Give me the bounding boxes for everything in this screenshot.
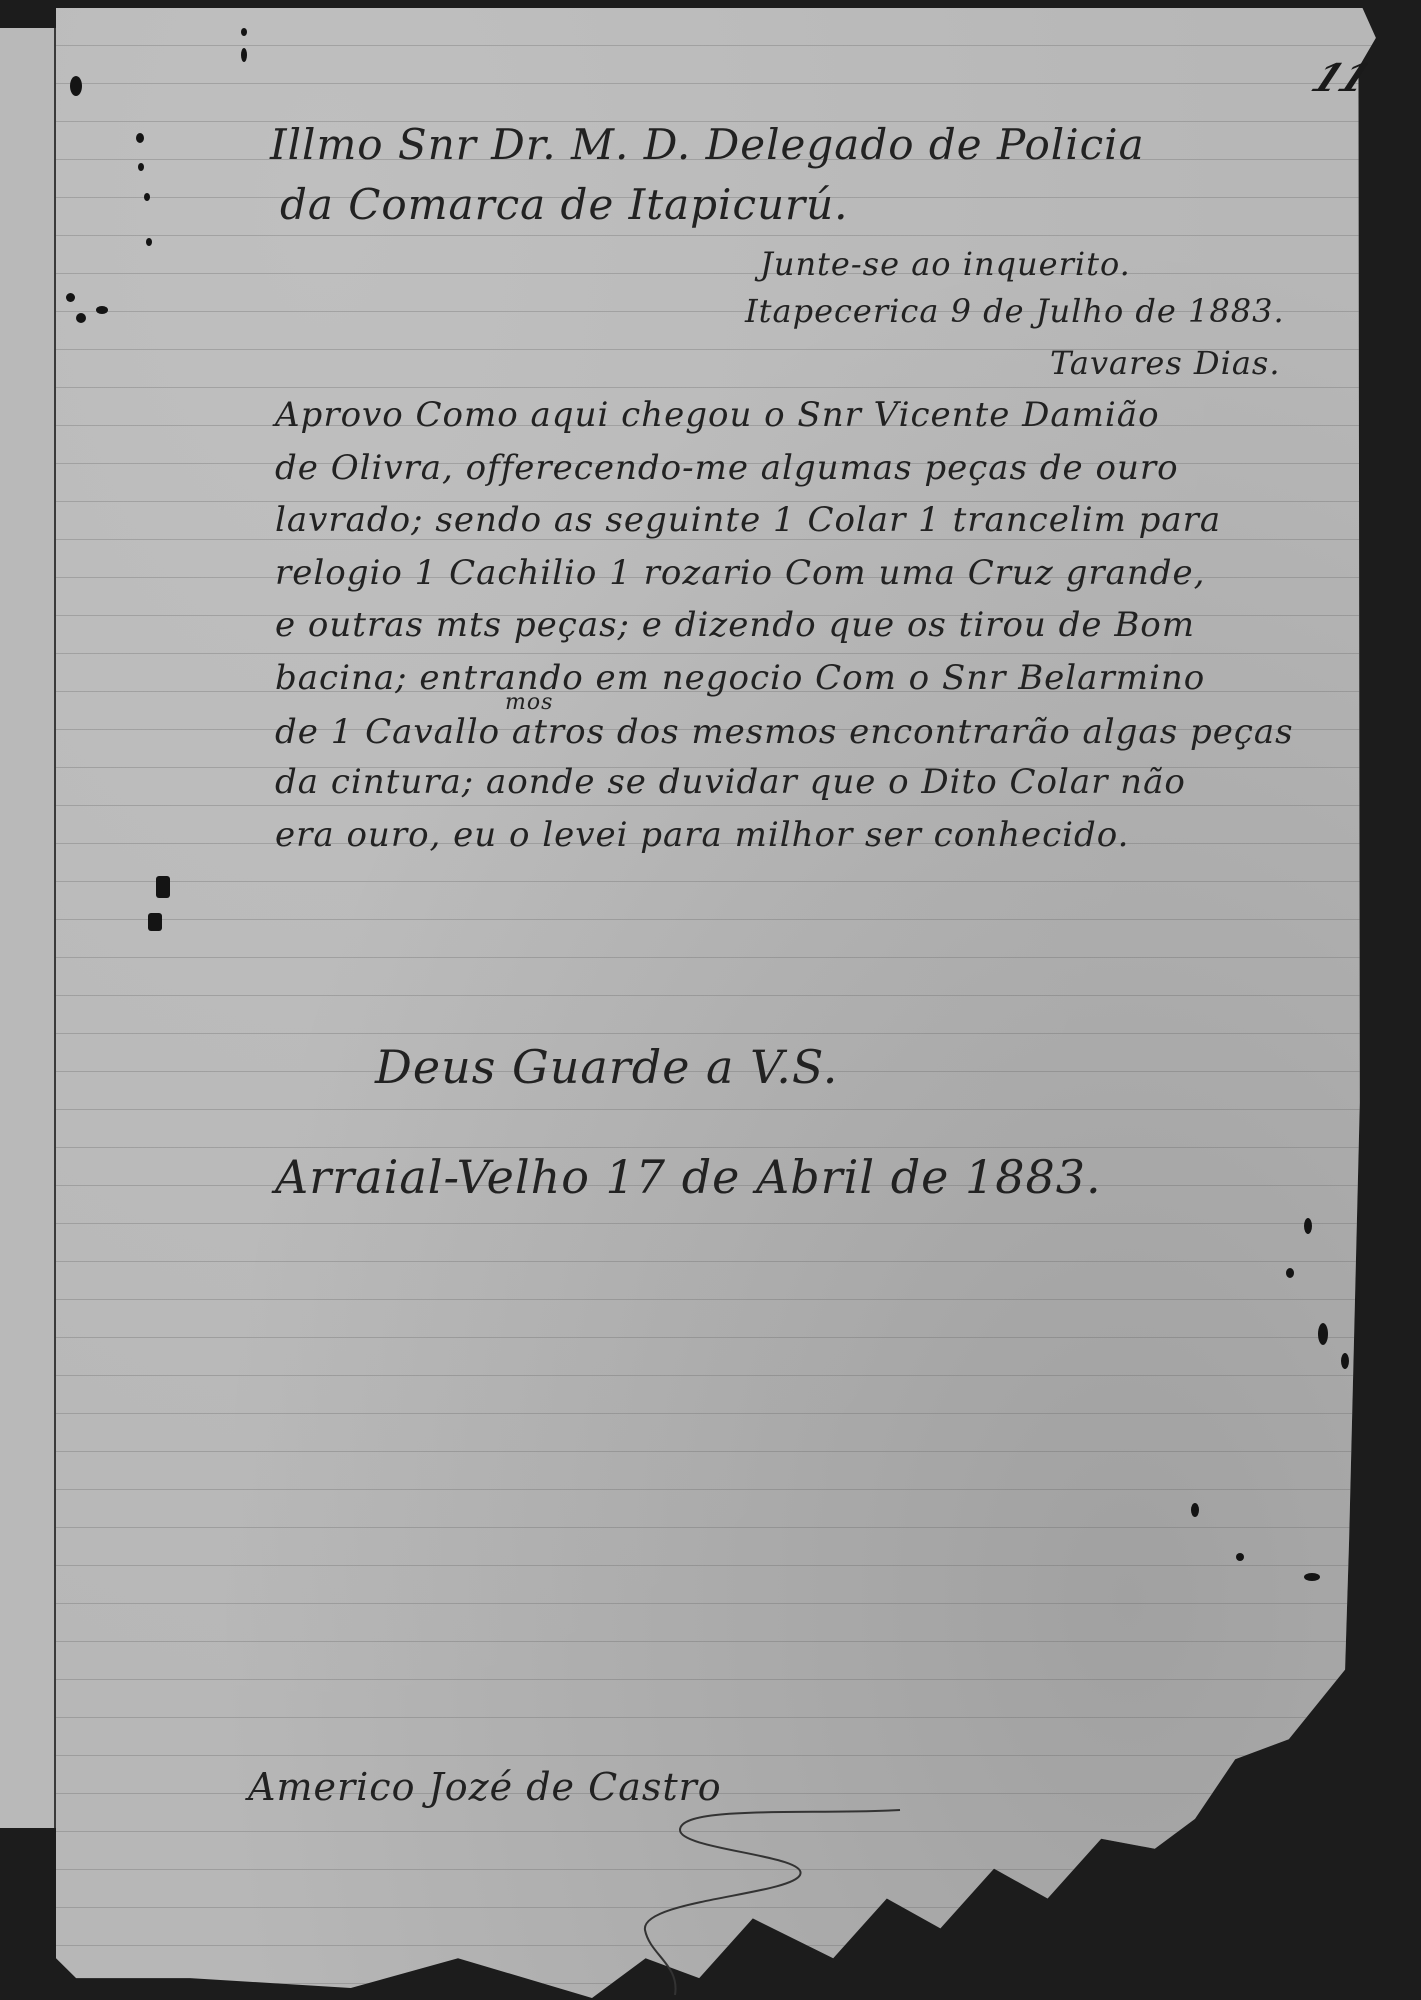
ink-blot [1286, 1268, 1294, 1278]
superscript-note: mos [505, 690, 553, 715]
ink-blot [148, 913, 162, 931]
ink-blot [1191, 1503, 1199, 1517]
ink-blot [1236, 1553, 1244, 1561]
dispatch-signature: Tavares Dias. [1050, 344, 1280, 382]
closing-place-date: Arraial-Velho 17 de Abril de 1883. [275, 1150, 1102, 1204]
ink-blot [1304, 1573, 1320, 1581]
ink-blot [241, 28, 247, 36]
signature-flourish [560, 1800, 920, 2000]
ink-blot [1304, 1218, 1312, 1234]
ink-blot [156, 876, 170, 898]
body-line-3: lavrado; sendo as seguinte 1 Colar 1 tra… [275, 500, 1221, 540]
ink-blot [1318, 1323, 1328, 1345]
dispatch-line-1: Junte-se ao inquerito. [760, 245, 1131, 283]
ink-blot [146, 238, 152, 246]
ink-blot [96, 306, 108, 314]
ink-blot [144, 193, 150, 201]
body-line-9: era ouro, eu o levei para milhor ser con… [275, 815, 1129, 855]
ink-blot [241, 48, 247, 62]
body-line-6: bacina; entrando em negocio Com o Snr Be… [275, 658, 1205, 698]
closing-salutation: Deus Guarde a V.S. [375, 1040, 838, 1094]
ink-blot [136, 133, 144, 143]
body-line-4: relogio 1 Cachilio 1 rozario Com uma Cru… [275, 553, 1205, 593]
ink-blot [66, 293, 75, 302]
ink-blot [76, 313, 86, 323]
body-line-8: da cintura; aonde se duvidar que o Dito … [275, 762, 1186, 802]
address-line-2: da Comarca de Itapicurú. [280, 180, 849, 229]
body-line-7: de 1 Cavallo atros dos mesmos encontrarã… [275, 712, 1294, 752]
body-line-2: de Olivra, offerecendo-me algumas peças … [275, 448, 1179, 488]
dispatch-line-2: Itapecerica 9 de Julho de 1883. [745, 292, 1285, 330]
adjacent-page-edge [0, 28, 57, 1828]
address-line-1: Illmo Snr Dr. M. D. Delegado de Policia [270, 120, 1145, 169]
ink-blot [1401, 1373, 1411, 1395]
ink-blot [70, 76, 82, 96]
body-line-5: e outras mts peças; e dizendo que os tir… [275, 605, 1195, 645]
ink-blot [138, 163, 144, 171]
ink-blot [1341, 1353, 1349, 1369]
body-line-1: Aprovo Como aqui chegou o Snr Vicente Da… [275, 395, 1160, 435]
